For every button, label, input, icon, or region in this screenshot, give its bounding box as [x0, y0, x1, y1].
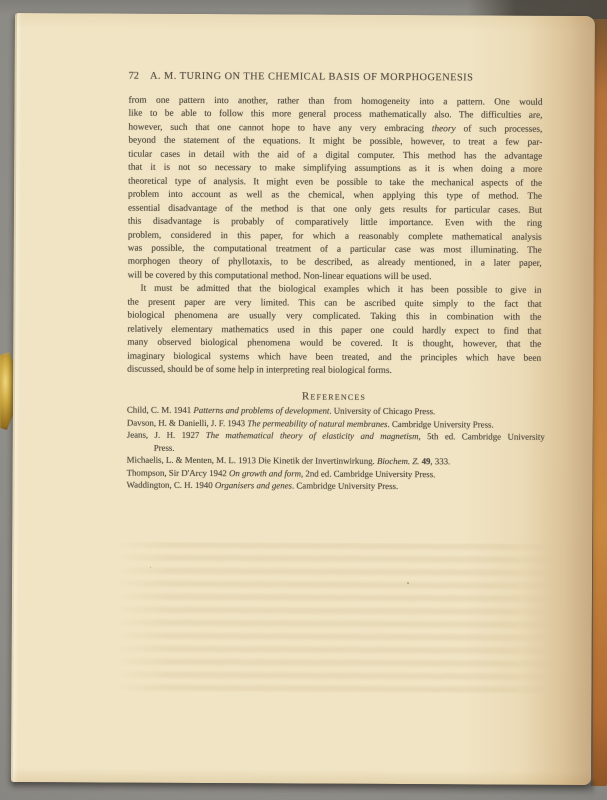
show-through-text [115, 542, 552, 694]
running-head: 72A. M. TURING ON THE CHEMICAL BASIS OF … [129, 71, 543, 84]
dust-speck [407, 582, 409, 584]
reference-list: Child, C. M. 1941 Patterns and problems … [126, 404, 544, 494]
references-heading: References [127, 390, 541, 404]
book-fore-edge [593, 6, 607, 786]
reference-entry: Jeans, J. H. 1927 The mathematical theor… [127, 429, 545, 456]
dust-speck [150, 567, 151, 568]
page-number: 72 [129, 71, 139, 82]
running-title: A. M. TURING ON THE CHEMICAL BASIS OF MO… [150, 71, 473, 84]
reference-line: Waddington, C. H. 1940 Organisers and ge… [126, 479, 544, 494]
reference-entry: Waddington, C. H. 1940 Organisers and ge… [126, 479, 544, 494]
photo-backdrop: 72A. M. TURING ON THE CHEMICAL BASIS OF … [0, 0, 607, 800]
text-line: discussed, should be of some help in int… [127, 364, 541, 380]
reference-line: Jeans, J. H. 1927 The mathematical theor… [127, 429, 545, 444]
body-text: from one pattern into another, rather th… [127, 95, 542, 380]
book-page: 72A. M. TURING ON THE CHEMICAL BASIS OF … [11, 13, 595, 785]
